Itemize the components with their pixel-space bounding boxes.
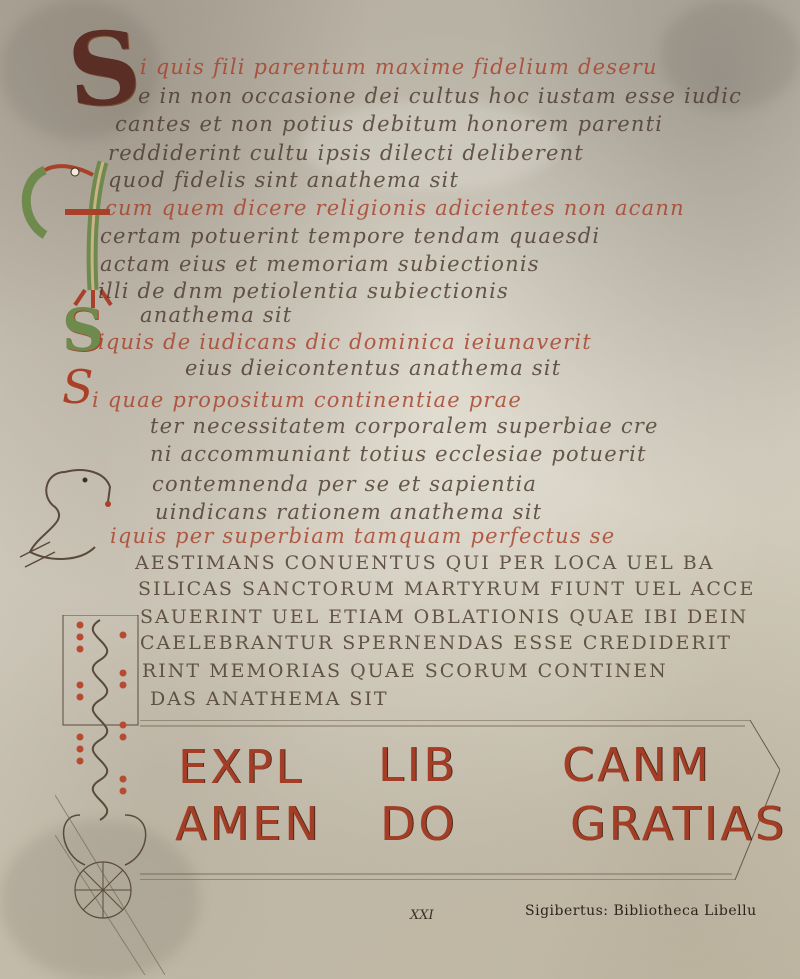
text-line: cantes et non potius debitum honorem par…: [115, 112, 663, 136]
text-line: ter necessitatem corporalem superbiae cr…: [150, 414, 659, 438]
colophon-amen: AMEN: [175, 797, 322, 851]
quire-number: XXI: [410, 908, 434, 923]
text-line: anathema sit: [140, 303, 292, 327]
text-line: iquis per superbiam tamquam perfectus se: [110, 524, 615, 548]
text-line: i quae propositum continentiae prae: [92, 388, 522, 412]
text-line: actam eius et memoriam subiectionis: [100, 252, 540, 276]
text-line: rint memorias quae scorum continen: [142, 660, 668, 682]
colophon-canm: CANM: [562, 738, 712, 792]
colophon-expl: EXPL: [178, 740, 304, 794]
text-line: reddiderint cultu ipsis dilecti delibere…: [108, 141, 584, 165]
text-line: eius dieicontentus anathema sit: [185, 356, 561, 380]
text-line: i quis fili parentum maxime fidelium des…: [140, 55, 658, 79]
ownership-signature: Sigibertus: Bibliotheca Libellu: [525, 903, 757, 919]
text-line: cum quem dicere religionis adicientes no…: [105, 196, 685, 220]
text-line: uindicans rationem anathema sit: [155, 500, 542, 524]
text-line: e in non occasione dei cultus hoc iustam…: [138, 84, 742, 108]
bird-initial-icon: [10, 462, 120, 582]
text-line: illi de dnm petiolentia subiectionis: [98, 279, 509, 303]
text-line: caelebrantur spernendas esse crediderit: [140, 632, 732, 654]
decorated-initial-s-red: S: [62, 360, 94, 414]
text-line: sauerint uel etiam oblationis quae ibi d…: [140, 606, 748, 628]
text-line: certam potuerint tempore tendam quaesdi: [100, 224, 600, 248]
colophon-do: DO: [380, 797, 458, 851]
colophon-gratias: GRATIAS: [570, 797, 787, 851]
manuscript-page: S S S i quis fili parentum maxime fideli…: [0, 0, 800, 979]
text-line: aestimans conuentus qui per loca uel ba: [135, 552, 714, 574]
text-line: silicas sanctorum martyrum fiunt uel acc…: [138, 578, 755, 600]
text-line: contemnenda per se et sapientia: [152, 472, 537, 496]
colophon-lib: LIB: [378, 738, 458, 792]
text-line: quod fidelis sint anathema sit: [108, 168, 459, 192]
text-line: iquis de iudicans dic dominica ieiunaver…: [98, 330, 592, 354]
text-line: ni accommuniant totius ecclesiae potueri…: [150, 442, 647, 466]
text-line: das anathema sit: [150, 688, 389, 710]
